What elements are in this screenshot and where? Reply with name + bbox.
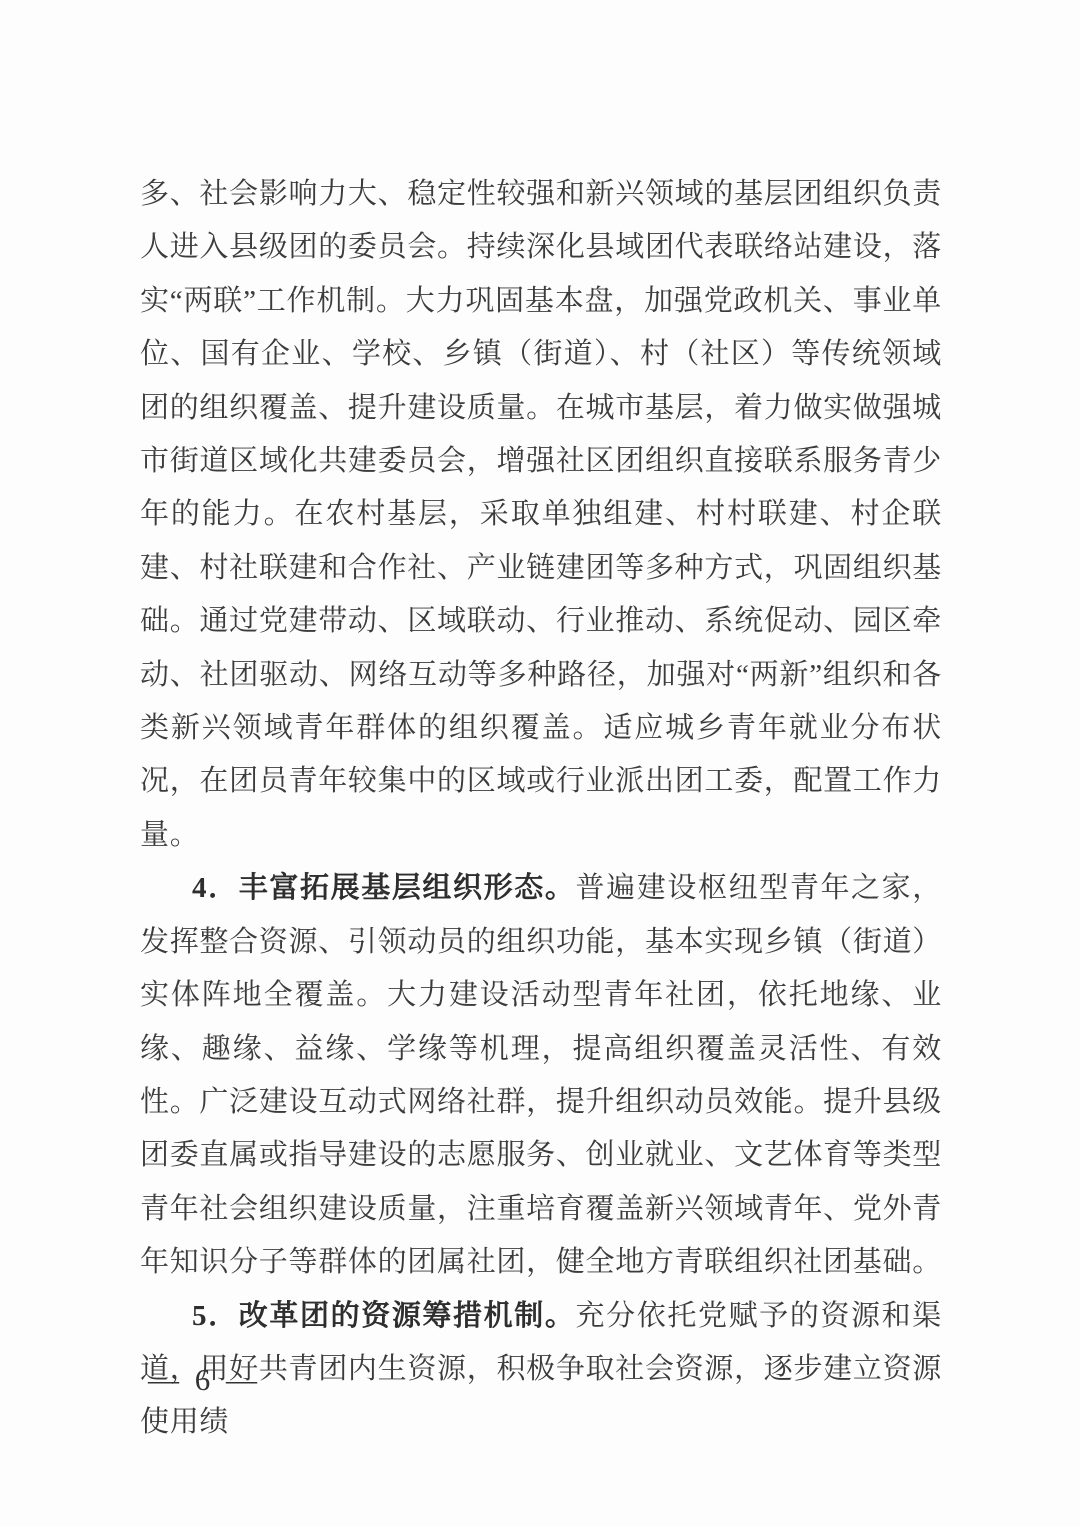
- item-4-number: 4．: [192, 872, 239, 904]
- paragraph-continuation: 多、社会影响力大、稳定性较强和新兴领域的基层团组织负责人进入县级团的委员会。持续…: [140, 168, 942, 862]
- item-4-heading-text: 丰富拓展基层组织形态。: [239, 872, 576, 904]
- paragraph-item-4: 4．丰富拓展基层组织形态。普遍建设枢纽型青年之家，发挥整合资源、引领动员的组织功…: [140, 862, 942, 1289]
- item-5-heading-text: 改革团的资源筹措机制。: [239, 1300, 576, 1332]
- page-number: — 6 —: [148, 1362, 261, 1397]
- paragraph-text: 多、社会影响力大、稳定性较强和新兴领域的基层团组织负责人进入县级团的委员会。持续…: [140, 178, 942, 851]
- page-footer: — 6 —: [148, 1362, 261, 1398]
- item-5-number: 5．: [192, 1300, 239, 1332]
- document-page: 多、社会影响力大、稳定性较强和新兴领域的基层团组织负责人进入县级团的委员会。持续…: [0, 0, 1080, 1527]
- item-4-heading: 4．丰富拓展基层组织形态。: [192, 872, 576, 904]
- document-body: 多、社会影响力大、稳定性较强和新兴领域的基层团组织负责人进入县级团的委员会。持续…: [140, 168, 942, 1450]
- item-5-heading: 5．改革团的资源筹措机制。: [192, 1300, 576, 1332]
- paragraph-text: 普遍建设枢纽型青年之家，发挥整合资源、引领动员的组织功能，基本实现乡镇（街道）实…: [140, 872, 942, 1278]
